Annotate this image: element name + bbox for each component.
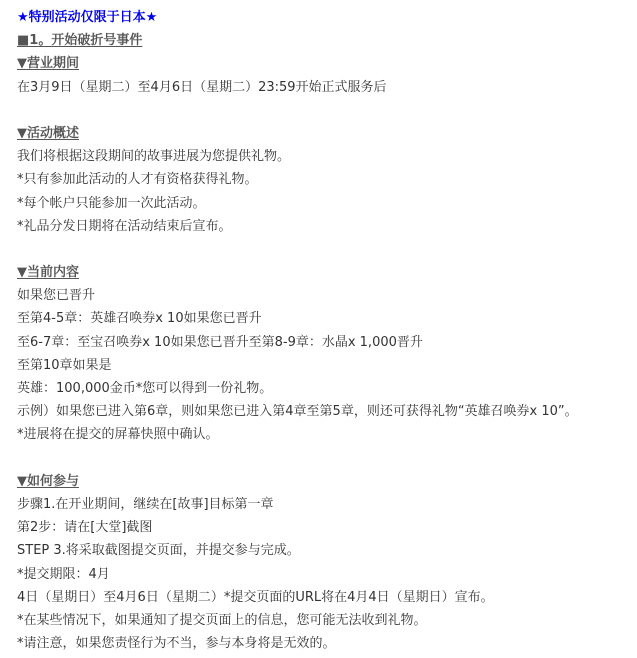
section-event-overview: ▼活动概述 我们将根据这段期间的故事进展为您提供礼物。 *只有参加此活动的人才有… xyxy=(17,122,637,238)
section-how-to-participate: ▼如何参与 步骤1.在开业期间，继续在[故事]目标第一章 第2步：请在[大堂]截… xyxy=(17,470,637,656)
section-business-period: ▼营业期间 在3月9日（星期二）至4月6日（星期二）23:59开始正式服务后 xyxy=(17,52,637,98)
section-line: 示例）如果您已进入第6章，则如果您已进入第4章至第5章，则还可获得礼物“英雄召唤… xyxy=(17,400,637,423)
section-line: *只有参加此活动的人才有资格获得礼物。 xyxy=(17,168,637,191)
section-heading: ▼当前内容 xyxy=(17,261,637,284)
section-line: 至第10章如果是 xyxy=(17,354,637,377)
section-heading: ▼活动概述 xyxy=(17,122,637,145)
section-line: STEP 3.将采取截图提交页面，并提交参与完成。 xyxy=(17,539,637,562)
section-current-content: ▼当前内容 如果您已晋升 至第4-5章：英雄召唤券x 10如果您已晋升 至6-7… xyxy=(17,261,637,447)
section-heading: ▼营业期间 xyxy=(17,52,637,75)
section-line: *进展将在提交的屏幕快照中确认。 xyxy=(17,423,637,446)
section-line: 在3月9日（星期二）至4月6日（星期二）23:59开始正式服务后 xyxy=(17,76,637,99)
section-line: 第2步：请在[大堂]截图 xyxy=(17,516,637,539)
page-title: ★特别活动仅限于日本★ xyxy=(17,6,637,29)
section-line: 我们将根据这段期间的故事进展为您提供礼物。 xyxy=(17,145,637,168)
event-notice-document: ★特别活动仅限于日本★ ■1。开始破折号事件 ▼营业期间 在3月9日（星期二）至… xyxy=(0,0,637,655)
section-line: *在某些情况下，如果通知了提交页面上的信息，您可能无法收到礼物。 xyxy=(17,609,637,632)
spacer xyxy=(17,238,637,261)
spacer xyxy=(17,447,637,470)
section-line: *提交期限：4月 xyxy=(17,563,637,586)
spacer xyxy=(17,99,637,122)
section-line: *礼品分发日期将在活动结束后宣布。 xyxy=(17,215,637,238)
event-heading: ■1。开始破折号事件 xyxy=(17,29,637,52)
section-line: 步骤1.在开业期间，继续在[故事]目标第一章 xyxy=(17,493,637,516)
section-line: *每个帐户只能参加一次此活动。 xyxy=(17,192,637,215)
section-line: 4日（星期日）至4月6日（星期二）*提交页面的URL将在4月4日（星期日）宣布。 xyxy=(17,586,637,609)
section-heading: ▼如何参与 xyxy=(17,470,637,493)
section-line: 至第4-5章：英雄召唤券x 10如果您已晋升 xyxy=(17,307,637,330)
section-line: 英雄：100,000金币*您可以得到一份礼物。 xyxy=(17,377,637,400)
section-line: 至6-7章：至宝召唤券x 10如果您已晋升至第8-9章：水晶x 1,000晋升 xyxy=(17,331,637,354)
section-line: 如果您已晋升 xyxy=(17,284,637,307)
section-line: *请注意，如果您责怪行为不当，参与本身将是无效的。 xyxy=(17,632,637,655)
